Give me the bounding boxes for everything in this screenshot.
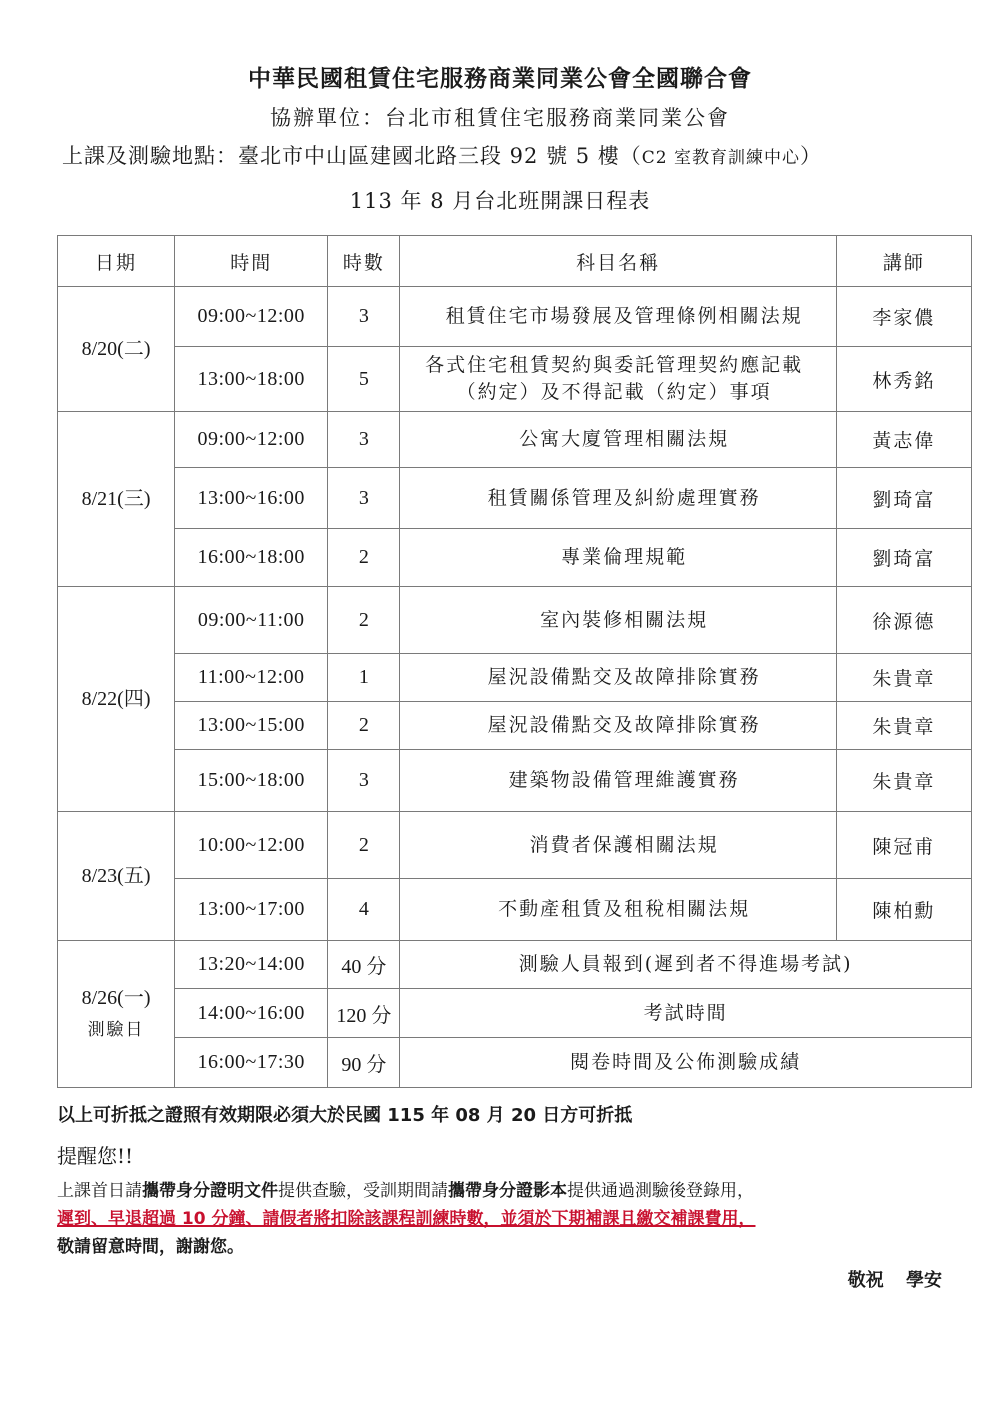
date-cell: 8/23(五) <box>58 812 175 941</box>
header-subject: 科目名稱 <box>400 236 836 287</box>
subject-cell: 消費者保護相關法規 <box>400 812 836 879</box>
subject-cell: 專業倫理規範 <box>400 529 836 587</box>
signoff: 敬祝 學安 <box>848 1266 942 1292</box>
reminder-text: 提供查驗，受訓期間請 <box>278 1181 448 1201</box>
hours-cell: 3 <box>328 468 400 529</box>
schedule-table: 日期 時間 時數 科目名稱 講師 8/20(二) 09:00~12:00 3 租… <box>57 235 972 1088</box>
reminder-emphasis-id: 攜帶身分證明文件 <box>142 1181 278 1201</box>
subject-cell: 公寓大廈管理相關法規 <box>400 412 836 468</box>
teacher-cell: 陳冠甫 <box>836 812 971 879</box>
date-cell: 8/21(三) <box>58 412 175 587</box>
table-row: 16:00~18:00 2 專業倫理規範 劉琦富 <box>58 529 972 587</box>
hours-cell: 1 <box>328 654 400 702</box>
subject-cell: 屋況設備點交及故障排除實務 <box>400 654 836 702</box>
hours-cell: 3 <box>328 287 400 347</box>
hours-cell: 5 <box>328 347 400 412</box>
teacher-cell: 朱貴章 <box>836 702 971 750</box>
table-row: 14:00~16:00 120 分 考試時間 <box>58 989 972 1038</box>
teacher-cell: 黃志偉 <box>836 412 971 468</box>
table-row: 8/26(一) 測驗日 13:20~14:00 40 分 測驗人員報到(遲到者不… <box>58 941 972 989</box>
hours-cell: 2 <box>328 812 400 879</box>
hours-cell: 2 <box>328 587 400 654</box>
table-row: 15:00~18:00 3 建築物設備管理維護實務 朱貴章 <box>58 750 972 812</box>
time-cell: 13:00~16:00 <box>175 468 328 529</box>
time-cell: 09:00~11:00 <box>175 587 328 654</box>
subject-cell: 建築物設備管理維護實務 <box>400 750 836 812</box>
hours-cell: 2 <box>328 702 400 750</box>
subject-cell: 租賃住宅市場發展及管理條例相關法規 <box>400 287 836 347</box>
time-cell: 14:00~16:00 <box>175 989 328 1038</box>
document-title: 中華民國租賃住宅服務商業同業公會全國聯合會 <box>0 60 1000 93</box>
venue-address: 上課及測驗地點：臺北市中山區建國北路三段 92 號 5 樓（ <box>62 144 642 168</box>
reminder-emphasis-id-copy: 攜帶身分證影本 <box>448 1181 567 1201</box>
subject-cell: 租賃關係管理及糾紛處理實務 <box>400 468 836 529</box>
header-date: 日期 <box>58 236 175 287</box>
teacher-cell: 朱貴章 <box>836 750 971 812</box>
time-cell: 13:20~14:00 <box>175 941 328 989</box>
reminder-text: 上課首日請 <box>57 1181 142 1201</box>
late-warning: 遲到、早退超過 10 分鐘、請假者將扣除該課程訓練時數，並須於下期補課且繳交補課… <box>57 1205 967 1233</box>
exam-date: 8/26(一) <box>58 982 174 1014</box>
subject-cell: 閱卷時間及公佈測驗成績 <box>400 1038 972 1088</box>
teacher-cell: 陳柏勳 <box>836 879 971 941</box>
date-cell: 8/26(一) 測驗日 <box>58 941 175 1088</box>
time-cell: 09:00~12:00 <box>175 412 328 468</box>
subject-cell: 各式住宅租賃契約與委託管理契約應記載（約定）及不得記載（約定）事項 <box>400 347 836 412</box>
hours-cell: 40 分 <box>328 941 400 989</box>
venue-close: ） <box>800 144 822 168</box>
hours-cell: 90 分 <box>328 1038 400 1088</box>
closing-line: 敬請留意時間，謝謝您。 <box>57 1233 967 1261</box>
table-row: 8/20(二) 09:00~12:00 3 租賃住宅市場發展及管理條例相關法規 … <box>58 287 972 347</box>
teacher-cell: 李家儂 <box>836 287 971 347</box>
certificate-validity-note: 以上可折抵之證照有效期限必須大於民國 115 年 08 月 20 日方可折抵 <box>57 1101 632 1127</box>
table-row: 13:00~15:00 2 屋況設備點交及故障排除實務 朱貴章 <box>58 702 972 750</box>
table-row: 8/22(四) 09:00~11:00 2 室內裝修相關法規 徐源德 <box>58 587 972 654</box>
subject-cell: 不動產租賃及租稅相關法規 <box>400 879 836 941</box>
subject-cell: 屋況設備點交及故障排除實務 <box>400 702 836 750</box>
teacher-cell: 徐源德 <box>836 587 971 654</box>
time-cell: 09:00~12:00 <box>175 287 328 347</box>
table-row: 11:00~12:00 1 屋況設備點交及故障排除實務 朱貴章 <box>58 654 972 702</box>
hours-cell: 3 <box>328 412 400 468</box>
date-cell: 8/22(四) <box>58 587 175 812</box>
reminder-heading: 提醒您!! <box>57 1140 133 1169</box>
venue-line: 上課及測驗地點：臺北市中山區建國北路三段 92 號 5 樓（C2 室教育訓練中心… <box>62 140 822 170</box>
reminder-paragraph: 上課首日請攜帶身分證明文件提供查驗，受訓期間請攜帶身分證影本提供通過測驗後登錄用… <box>57 1177 967 1261</box>
time-cell: 13:00~15:00 <box>175 702 328 750</box>
table-row: 13:00~17:00 4 不動產租賃及租稅相關法規 陳柏勳 <box>58 879 972 941</box>
table-row: 16:00~17:30 90 分 閱卷時間及公佈測驗成績 <box>58 1038 972 1088</box>
subject-cell: 考試時間 <box>400 989 972 1038</box>
time-cell: 15:00~18:00 <box>175 750 328 812</box>
time-cell: 16:00~17:30 <box>175 1038 328 1088</box>
time-cell: 13:00~18:00 <box>175 347 328 412</box>
hours-cell: 3 <box>328 750 400 812</box>
subject-cell: 室內裝修相關法規 <box>400 587 836 654</box>
table-row: 8/21(三) 09:00~12:00 3 公寓大廈管理相關法規 黃志偉 <box>58 412 972 468</box>
date-cell: 8/20(二) <box>58 287 175 412</box>
time-cell: 16:00~18:00 <box>175 529 328 587</box>
table-header-row: 日期 時間 時數 科目名稱 講師 <box>58 236 972 287</box>
subject-cell: 測驗人員報到(遲到者不得進場考試) <box>400 941 972 989</box>
header-teacher: 講師 <box>836 236 971 287</box>
exam-day-label: 測驗日 <box>58 1014 174 1046</box>
hours-cell: 4 <box>328 879 400 941</box>
hours-cell: 120 分 <box>328 989 400 1038</box>
reminder-text: 提供通過測驗後登錄用， <box>567 1181 754 1201</box>
hours-cell: 2 <box>328 529 400 587</box>
time-cell: 13:00~17:00 <box>175 879 328 941</box>
teacher-cell: 劉琦富 <box>836 529 971 587</box>
co-organizer: 協辦單位：台北市租賃住宅服務商業同業公會 <box>0 102 1000 132</box>
header-hours: 時數 <box>328 236 400 287</box>
time-cell: 10:00~12:00 <box>175 812 328 879</box>
table-row: 13:00~16:00 3 租賃關係管理及糾紛處理實務 劉琦富 <box>58 468 972 529</box>
schedule-title: 113 年 8 月台北班開課日程表 <box>0 185 1000 215</box>
header-time: 時間 <box>175 236 328 287</box>
venue-room: C2 室教育訓練中心 <box>642 148 800 168</box>
teacher-cell: 朱貴章 <box>836 654 971 702</box>
time-cell: 11:00~12:00 <box>175 654 328 702</box>
teacher-cell: 林秀銘 <box>836 347 971 412</box>
table-row: 13:00~18:00 5 各式住宅租賃契約與委託管理契約應記載（約定）及不得記… <box>58 347 972 412</box>
table-row: 8/23(五) 10:00~12:00 2 消費者保護相關法規 陳冠甫 <box>58 812 972 879</box>
teacher-cell: 劉琦富 <box>836 468 971 529</box>
